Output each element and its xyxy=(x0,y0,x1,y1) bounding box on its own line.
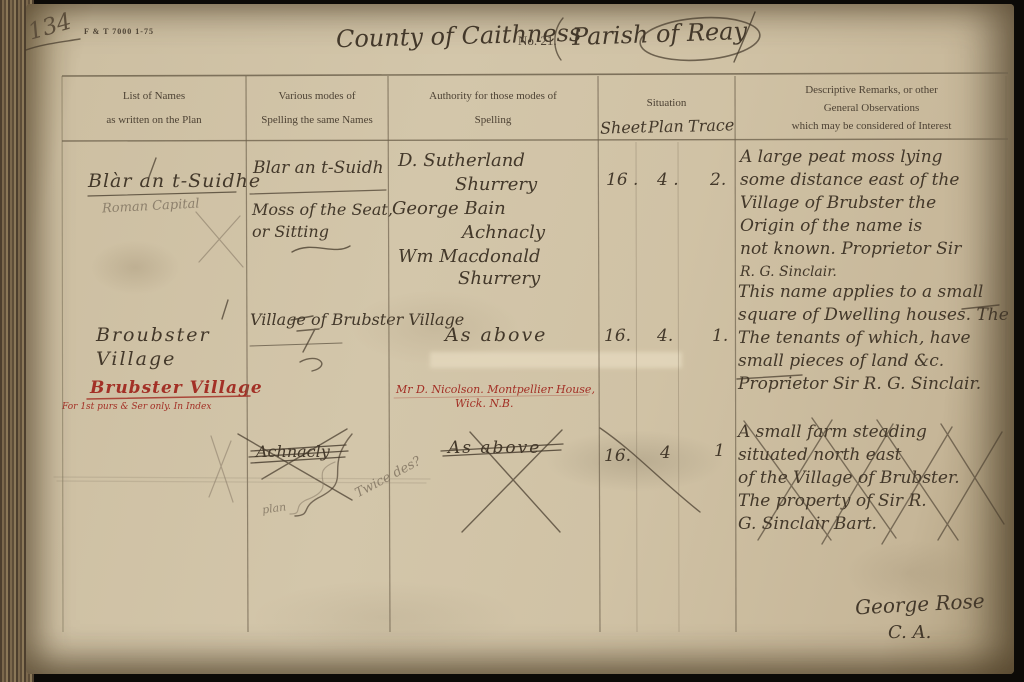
row3-authority-struck: As above xyxy=(448,438,541,458)
row2-sheet: 16. xyxy=(604,326,631,346)
row2-remarks-line: This name applies to a small xyxy=(738,281,1014,304)
row3-remarks: A small farm steading situated north eas… xyxy=(738,421,1014,536)
header-authority-1: Authority for those modes of xyxy=(388,90,598,102)
row2-remarks-line: The tenants of which, have xyxy=(738,327,1014,350)
row1-trace: 2. xyxy=(710,170,726,190)
row3-remarks-line: situated north east xyxy=(738,444,1014,467)
header-situation: Situation xyxy=(598,97,735,109)
row1-name: Blàr an t-Suidhe xyxy=(88,170,261,192)
title-number: No. 21. xyxy=(518,33,557,49)
row1-authority-1-place: Shurrery xyxy=(455,174,537,195)
row1-remarks-line: A large peat moss lying xyxy=(740,146,1012,169)
form-code: F & T 7000 1-75 xyxy=(84,27,154,36)
row1-authority-1-name: D. Sutherland xyxy=(398,150,525,171)
header-names-1: List of Names xyxy=(62,90,246,102)
row2-red-note: For 1st purs & Ser only. In Index xyxy=(62,402,211,412)
row1-spelling-3: or Sitting xyxy=(252,222,329,241)
row1-authority-2-name: George Bain xyxy=(392,198,506,219)
header-remarks-3: which may be considered of Interest xyxy=(735,120,1008,132)
row2-remarks-line: Proprietor Sir R. G. Sinclair. xyxy=(738,373,1014,396)
row3-remarks-line: A small farm steading xyxy=(738,421,1014,444)
row2-remarks-line: square of Dwelling houses. The xyxy=(738,304,1014,327)
row1-spelling-1: Blar an t-Suidh xyxy=(253,158,384,178)
row2-name-2: Village xyxy=(96,348,176,370)
row1-authority-2-place: Achnacly xyxy=(462,222,545,243)
header-modes-2: Spelling the same Names xyxy=(246,114,388,126)
row1-remarks-line: Origin of the name is xyxy=(740,215,1012,238)
signature-title: C. A. xyxy=(888,622,931,643)
row3-plan: 4 xyxy=(660,443,671,463)
paper-stain xyxy=(545,430,725,492)
header-remarks-2: General Observations xyxy=(735,102,1008,114)
header-remarks-1: Descriptive Remarks, or other xyxy=(735,84,1008,96)
row3-remarks-line: G. Sinclair Bart. xyxy=(738,513,1014,536)
row2-red-authority-2: Wick. N.B. xyxy=(455,397,513,410)
row3-sheet: 16. xyxy=(604,446,631,466)
row1-sheet: 16 . xyxy=(606,170,638,190)
row2-plan: 4. xyxy=(657,326,673,346)
paper-stain xyxy=(250,580,520,655)
paper-stain xyxy=(90,240,180,295)
row1-authority-3-place: Shurrery xyxy=(458,268,540,289)
row3-remarks-line: of the Village of Brubster. xyxy=(738,467,1014,490)
row1-remarks-line: some distance east of the xyxy=(740,169,1012,192)
row2-red-name: Brubster Village xyxy=(90,378,263,398)
row2-spelling: Village of Brubster Village xyxy=(250,310,464,329)
header-sub-plan: Plan xyxy=(648,116,684,136)
row2-remarks: This name applies to a small square of D… xyxy=(738,281,1014,396)
row1-authority-3-name: Wm Macdonald xyxy=(398,246,541,267)
row1-remarks-line: not known. Proprietor Sir xyxy=(740,238,1012,261)
whiteout-patch xyxy=(430,352,682,368)
row1-plan: 4 . xyxy=(657,170,679,190)
row2-remarks-line: small pieces of land &c. xyxy=(738,350,1014,373)
header-modes-1: Various modes of xyxy=(246,90,388,102)
row1-remarks: A large peat moss lying some distance ea… xyxy=(740,146,1012,284)
name-book-scan: 134 F & T 7000 1-75 County of Caithness … xyxy=(0,0,1024,682)
row1-remarks-line: Village of Brubster the xyxy=(740,192,1012,215)
row1-spelling-2: Moss of the Seat, xyxy=(252,200,393,219)
row3-spelling-struck: Achnacly xyxy=(256,442,330,461)
header-authority-2: Spelling xyxy=(388,114,598,126)
header-sub-trace: Trace xyxy=(688,115,735,136)
row2-name-1: Broubster xyxy=(96,324,211,346)
row2-trace: 1. xyxy=(712,326,728,346)
row2-red-authority-1: Mr D. Nicolson. Montpellier House, xyxy=(396,383,595,396)
header-names-2: as written on the Plan xyxy=(62,114,246,126)
row3-trace: 1 xyxy=(714,441,725,461)
header-sub-sheet: Sheet xyxy=(600,117,647,138)
row2-authority: As above xyxy=(445,324,547,346)
row3-remarks-line: The property of Sir R. xyxy=(738,490,1014,513)
